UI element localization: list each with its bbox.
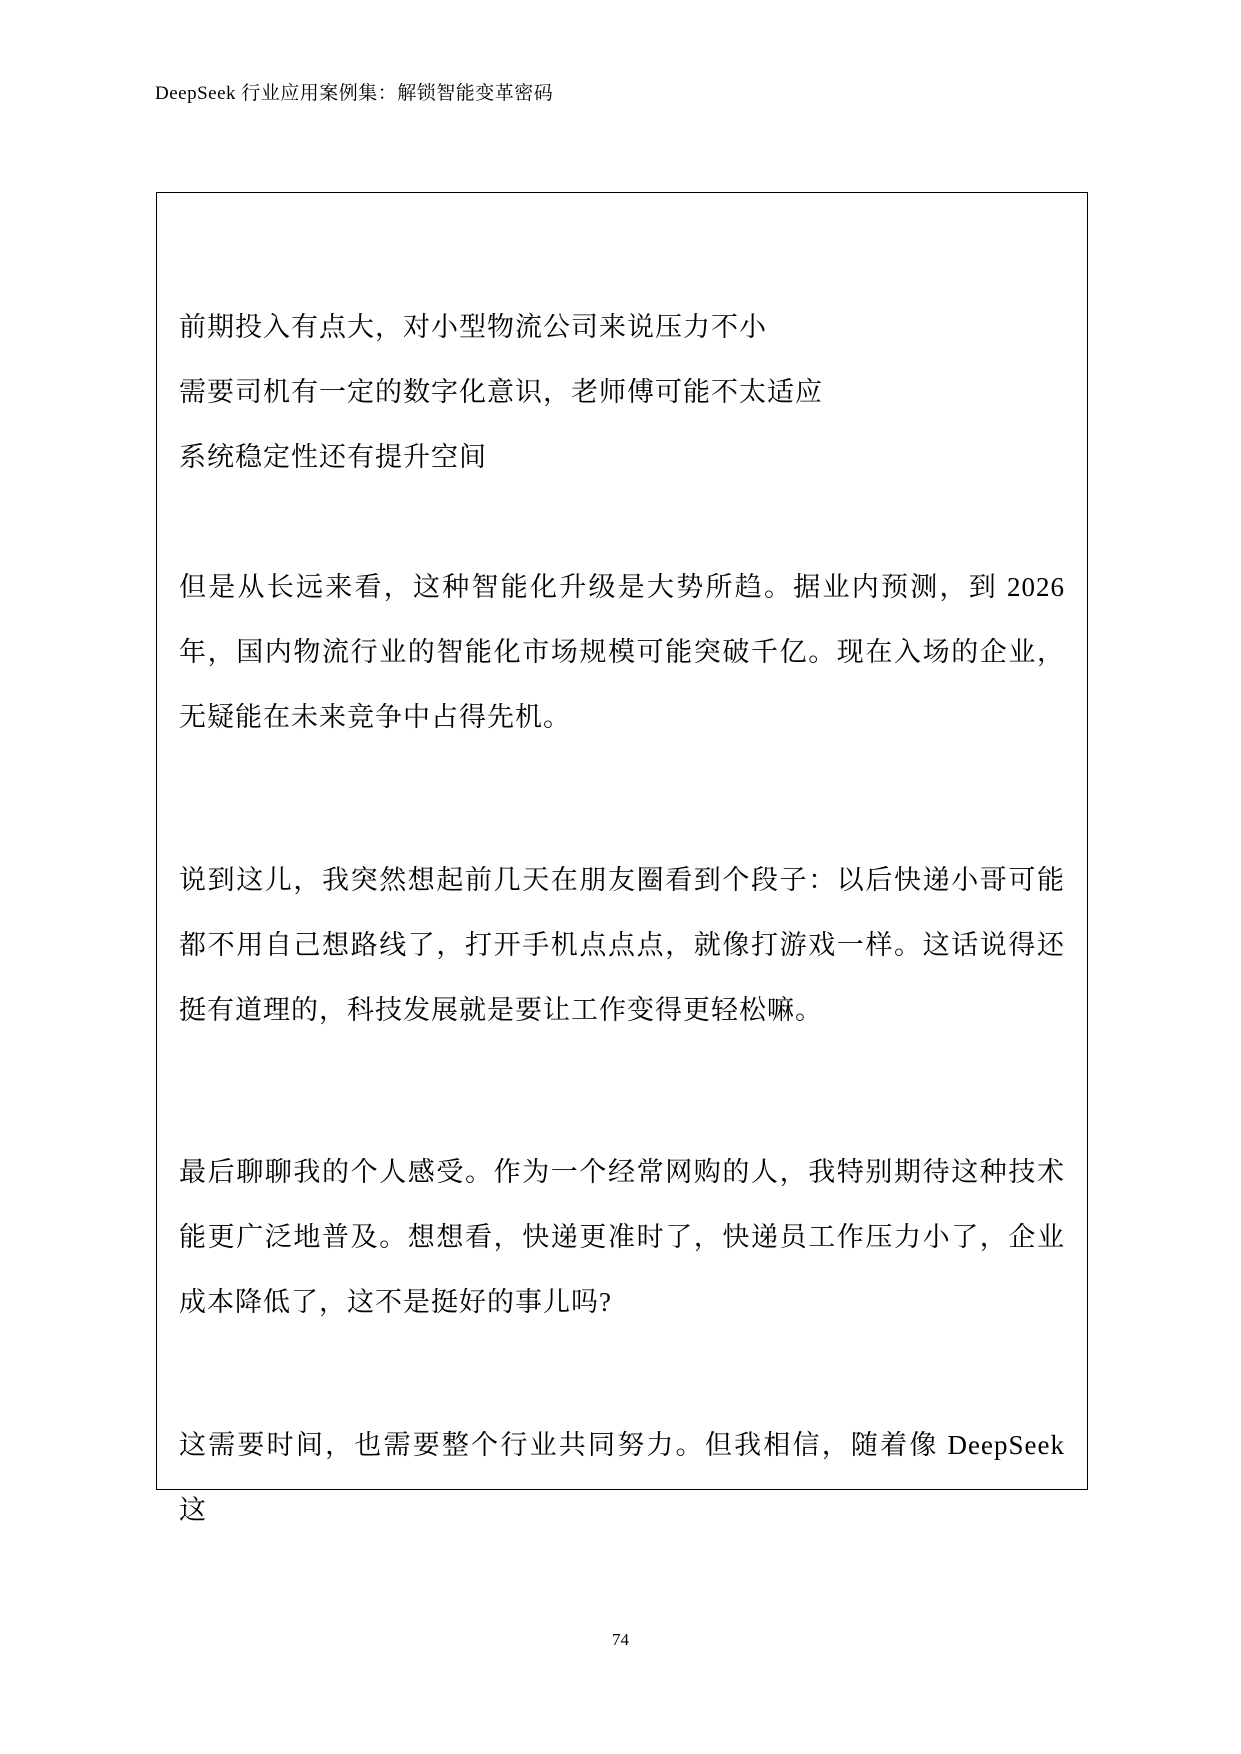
- paragraph-long-term-outlook: 但是从长远来看，这种智能化升级是大势所趋。据业内预测，到 2026 年，国内物流…: [179, 555, 1065, 750]
- content-border-box: 前期投入有点大，对小型物流公司来说压力不小 需要司机有一定的数字化意识，老师傅可…: [156, 192, 1088, 1490]
- drawback-line-3: 系统稳定性还有提升空间: [179, 425, 1065, 490]
- paragraph-personal-feelings: 最后聊聊我的个人感受。作为一个经常网购的人，我特别期待这种技术能更广泛地普及。想…: [179, 1140, 1065, 1335]
- page-number: 74: [0, 1630, 1241, 1650]
- document-page: DeepSeek 行业应用案例集：解锁智能变革密码 前期投入有点大，对小型物流公…: [0, 0, 1241, 1754]
- paragraph-closing-truncated: 这需要时间，也需要整个行业共同努力。但我相信，随着像 DeepSeek 这: [179, 1413, 1065, 1543]
- paragraph-anecdote: 说到这儿，我突然想起前几天在朋友圈看到个段子：以后快递小哥可能都不用自己想路线了…: [179, 848, 1065, 1043]
- drawback-line-2: 需要司机有一定的数字化意识，老师傅可能不太适应: [179, 360, 1065, 425]
- document-header-title: DeepSeek 行业应用案例集：解锁智能变革密码: [155, 78, 553, 105]
- drawback-line-1: 前期投入有点大，对小型物流公司来说压力不小: [179, 295, 1065, 360]
